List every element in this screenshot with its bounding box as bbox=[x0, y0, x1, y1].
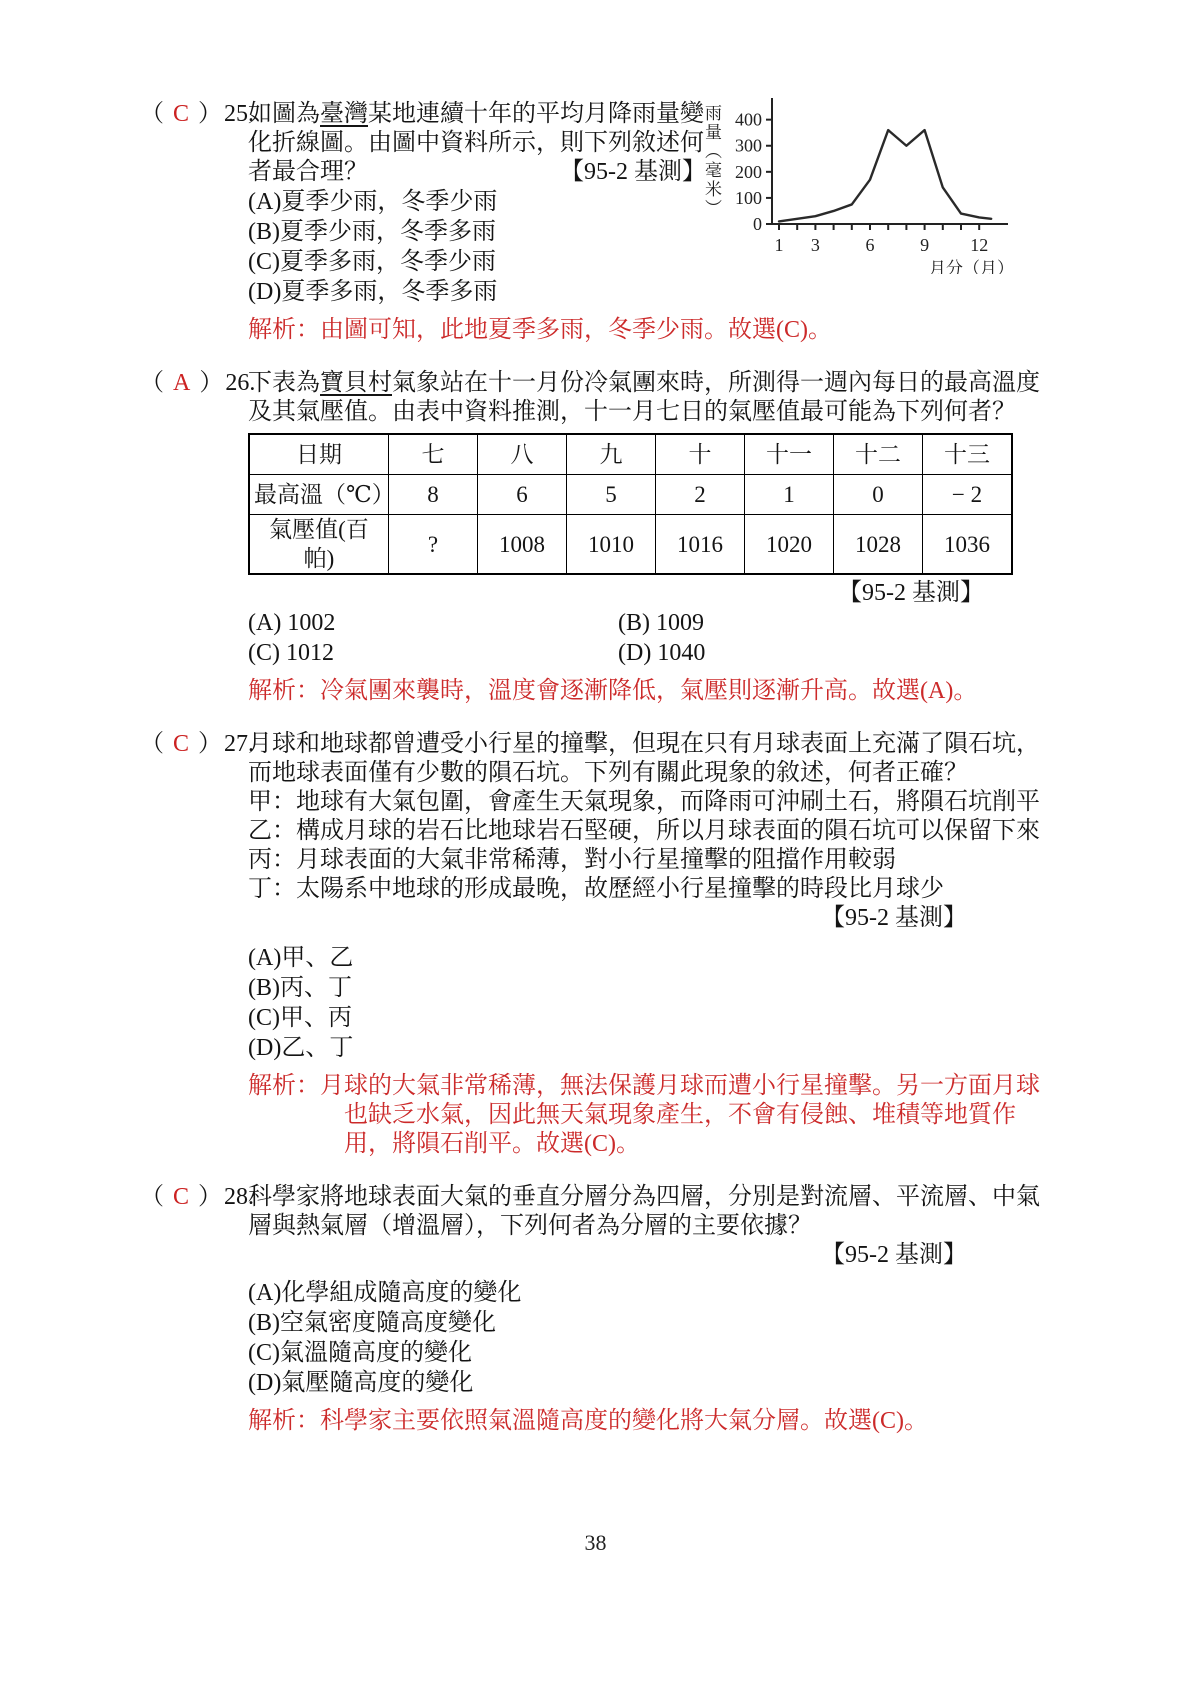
table-row-temperature: 最高溫（℃） 8 6 5 2 1 0 − 2 bbox=[249, 475, 1012, 515]
x-tick-label: 6 bbox=[866, 235, 875, 255]
q27-option-b: (B)丙、丁 bbox=[248, 973, 1062, 1003]
q27-options: (A)甲、乙 (B)丙、丁 (C)甲、丙 (D)乙、丁 bbox=[248, 943, 1062, 1063]
q28-source-tag: 【95-2 基測】 bbox=[248, 1241, 1062, 1270]
q28-analysis: 解析：科學家主要依照氣溫隨高度的變化將大氣分層。故選(C)。 bbox=[248, 1407, 1062, 1436]
row-label-pressure: 氣壓值(百帕) bbox=[249, 515, 389, 575]
rainfall-chart: 雨量（毫米） 0100200300400136912月分（月） bbox=[700, 90, 1022, 274]
x-axis-label: 月分（月） bbox=[929, 259, 1014, 274]
temp-value: 2 bbox=[656, 475, 745, 515]
paren-open: （ bbox=[140, 731, 164, 757]
q26-option-a: (A) 1002 bbox=[248, 608, 618, 638]
y-tick-label: 400 bbox=[735, 110, 762, 130]
q26-answer-letter: A bbox=[164, 370, 199, 396]
q27-option-d: (D)乙、丁 bbox=[248, 1033, 1062, 1063]
q28-answer-mark: （C）28. bbox=[140, 1183, 248, 1212]
paren-close: ） bbox=[198, 731, 222, 757]
q25-body: 雨量（毫米） 0100200300400136912月分（月） 如圖為臺灣某地連… bbox=[248, 100, 1062, 345]
q27-analysis: 解析：月球的大氣非常稀薄，無法保護月球而遭小行星撞擊。另一方面月球也缺乏水氣，因… bbox=[248, 1072, 1062, 1159]
table-header-day: 七 bbox=[389, 434, 478, 475]
q26-stem-underlined: 寶貝村 bbox=[320, 370, 392, 396]
x-tick-label: 12 bbox=[970, 235, 988, 255]
q26-options: (A) 1002 (B) 1009 (C) 1012 (D) 1040 bbox=[248, 608, 1062, 668]
q28-answer-letter: C bbox=[164, 1184, 198, 1210]
q26-analysis: 解析：冷氣團來襲時，溫度會逐漸降低，氣壓則逐漸升高。故選(A)。 bbox=[248, 677, 1062, 706]
q27-statement-bing: 丙：月球表面的大氣非常稀薄，對小行星撞擊的阻擋作用較弱 bbox=[248, 846, 1062, 875]
table-header-day: 十 bbox=[656, 434, 745, 475]
temp-value: 1 bbox=[745, 475, 834, 515]
q28-option-a: (A)化學組成隨高度的變化 bbox=[248, 1278, 1062, 1308]
paren-open: （ bbox=[140, 370, 164, 396]
q28-body: 科學家將地球表面大氣的垂直分層分為四層，分別是對流層、平流層、中氣層與熱氣層（增… bbox=[248, 1183, 1062, 1436]
q26-stem-pre: 下表為 bbox=[248, 370, 320, 396]
question-26: （A）26. 下表為寶貝村氣象站在十一月份冷氣團來時，所測得一週內每日的最高溫度… bbox=[140, 369, 1062, 706]
y-tick-label: 0 bbox=[753, 214, 762, 234]
q25-answer-mark: （C）25. bbox=[140, 100, 248, 129]
pressure-value: 1020 bbox=[745, 515, 834, 575]
question-28: （C）28. 科學家將地球表面大氣的垂直分層分為四層，分別是對流層、平流層、中氣… bbox=[140, 1183, 1062, 1436]
pressure-value: ? bbox=[389, 515, 478, 575]
q27-answer-mark: （C）27. bbox=[140, 730, 248, 759]
x-tick-label: 9 bbox=[920, 235, 929, 255]
q27-source-tag: 【95-2 基測】 bbox=[248, 904, 1062, 933]
rainfall-series-line bbox=[779, 130, 991, 221]
y-tick-label: 200 bbox=[735, 162, 762, 182]
paren-close: ） bbox=[198, 101, 222, 127]
q25-stem-pre: 如圖為 bbox=[248, 101, 320, 127]
q25-source-tag: 【95-2 基測】 bbox=[560, 158, 706, 187]
table-header-day: 八 bbox=[478, 434, 567, 475]
table-row-pressure: 氣壓值(百帕) ? 1008 1010 1016 1020 1028 1036 bbox=[249, 515, 1012, 575]
table-header-day: 十二 bbox=[834, 434, 923, 475]
q27-stem: 月球和地球都曾遭受小行星的撞擊，但現在只有月球表面上充滿了隕石坑，而地球表面僅有… bbox=[248, 730, 1062, 788]
q27-statements: 甲：地球有大氣包圍，會產生天氣現象，而降雨可沖刷土石，將隕石坑削平 乙：構成月球… bbox=[248, 788, 1062, 904]
q27-statement-jia: 甲：地球有大氣包圍，會產生天氣現象，而降雨可沖刷土石，將隕石坑削平 bbox=[248, 788, 1062, 817]
weather-table: 日期 七 八 九 十 十一 十二 十三 最高溫（℃） 8 6 bbox=[248, 433, 1013, 575]
exam-page: （C）25. 雨量（毫米） 0100200300400136912月分（月） 如… bbox=[0, 0, 1191, 1684]
x-tick-label: 3 bbox=[811, 235, 820, 255]
temp-value: 0 bbox=[834, 475, 923, 515]
chart-y-axis-label: 雨量（毫米） bbox=[700, 104, 722, 234]
pressure-value: 1010 bbox=[567, 515, 656, 575]
row-label-temperature: 最高溫（℃） bbox=[249, 475, 389, 515]
table-header-day: 九 bbox=[567, 434, 656, 475]
y-tick-label: 300 bbox=[735, 136, 762, 156]
q26-option-c: (C) 1012 bbox=[248, 638, 618, 668]
paren-open: （ bbox=[140, 101, 164, 127]
table-header-day: 十一 bbox=[745, 434, 834, 475]
table-header-row: 日期 七 八 九 十 十一 十二 十三 bbox=[249, 434, 1012, 475]
q26-body: 下表為寶貝村氣象站在十一月份冷氣團來時，所測得一週內每日的最高溫度及其氣壓值。由… bbox=[248, 369, 1062, 706]
paren-close: ） bbox=[199, 370, 223, 396]
paren-open: （ bbox=[140, 1184, 164, 1210]
q25-answer-letter: C bbox=[164, 101, 198, 127]
q27-statement-ding: 丁：太陽系中地球的形成最晚，故歷經小行星撞擊的時段比月球少 bbox=[248, 875, 1062, 904]
paren-close: ） bbox=[198, 1184, 222, 1210]
q26-answer-mark: （A）26. bbox=[140, 369, 248, 398]
table-header-date: 日期 bbox=[249, 434, 389, 475]
q26-source-tag: 【95-2 基測】 bbox=[248, 579, 1062, 608]
pressure-value: 1016 bbox=[656, 515, 745, 575]
pressure-value: 1036 bbox=[923, 515, 1013, 575]
q26-option-d: (D) 1040 bbox=[618, 638, 1062, 668]
question-27: （C）27. 月球和地球都曾遭受小行星的撞擊，但現在只有月球表面上充滿了隕石坑，… bbox=[140, 730, 1062, 1159]
q28-option-b: (B)空氣密度隨高度變化 bbox=[248, 1308, 1062, 1338]
q25-option-d: (D)夏季多雨，冬季多雨 bbox=[248, 277, 1062, 307]
q26-option-b: (B) 1009 bbox=[618, 608, 1062, 638]
q27-statement-yi: 乙：構成月球的岩石比地球岩石堅硬，所以月球表面的隕石坑可以保留下來 bbox=[248, 817, 1062, 846]
temp-value: 8 bbox=[389, 475, 478, 515]
q26-stem: 下表為寶貝村氣象站在十一月份冷氣團來時，所測得一週內每日的最高溫度及其氣壓值。由… bbox=[248, 369, 1062, 427]
temp-value: 6 bbox=[478, 475, 567, 515]
pressure-value: 1028 bbox=[834, 515, 923, 575]
q28-options: (A)化學組成隨高度的變化 (B)空氣密度隨高度變化 (C)氣溫隨高度的變化 (… bbox=[248, 1278, 1062, 1398]
q27-answer-letter: C bbox=[164, 731, 198, 757]
q27-option-c: (C)甲、丙 bbox=[248, 1003, 1062, 1033]
q28-option-d: (D)氣壓隨高度的變化 bbox=[248, 1368, 1062, 1398]
table-header-day: 十三 bbox=[923, 434, 1013, 475]
q27-body: 月球和地球都曾遭受小行星的撞擊，但現在只有月球表面上充滿了隕石坑，而地球表面僅有… bbox=[248, 730, 1062, 1159]
q25-analysis: 解析：由圖可知，此地夏季多雨，冬季少雨。故選(C)。 bbox=[248, 316, 1062, 345]
q28-stem: 科學家將地球表面大氣的垂直分層分為四層，分別是對流層、平流層、中氣層與熱氣層（增… bbox=[248, 1183, 1062, 1241]
q27-option-a: (A)甲、乙 bbox=[248, 943, 1062, 973]
page-number: 38 bbox=[0, 1528, 1191, 1557]
temp-value: − 2 bbox=[923, 475, 1013, 515]
temp-value: 5 bbox=[567, 475, 656, 515]
q25-stem-underlined: 臺灣 bbox=[320, 101, 368, 127]
rainfall-line-chart-svg: 0100200300400136912月分（月） bbox=[722, 90, 1022, 274]
question-25: （C）25. 雨量（毫米） 0100200300400136912月分（月） 如… bbox=[140, 100, 1062, 345]
pressure-value: 1008 bbox=[478, 515, 567, 575]
x-tick-label: 1 bbox=[775, 235, 784, 255]
q25-stem: 如圖為臺灣某地連續十年的平均月降雨量變化折線圖。由圖中資料所示，則下列敘述何者最… bbox=[248, 100, 706, 187]
page-content: （C）25. 雨量（毫米） 0100200300400136912月分（月） 如… bbox=[140, 100, 1062, 1460]
q28-option-c: (C)氣溫隨高度的變化 bbox=[248, 1338, 1062, 1368]
y-tick-label: 100 bbox=[735, 188, 762, 208]
